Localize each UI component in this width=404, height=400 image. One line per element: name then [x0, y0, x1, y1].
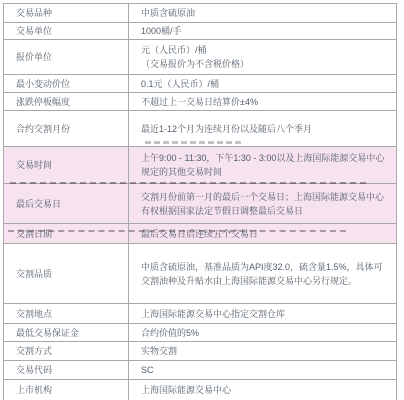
row-value: 中质含硫原油，基准品质为API度32.0，硫含量1.5%，具体可交割油种及升贴水… — [129, 244, 396, 303]
table-row: 最低交易保证金 合约价值的5% — [4, 324, 396, 342]
table-row-highlighted: 最后交易日 交割月份前第一月的最后一个交易日；上海国际能源交易中心有权根据国家法… — [4, 184, 396, 224]
row-value: 中质含硫原油 — [129, 4, 396, 22]
row-label: 合约交割月份 — [4, 111, 129, 146]
row-label: 最小变动价位 — [4, 75, 129, 92]
row-value: 上午9:00 - 11:30，下午1:30 - 3:00以及上海国际能源交易中心… — [129, 147, 396, 183]
table-row: 交割地点 上海国际能源交易中心指定交割仓库 — [4, 304, 396, 324]
table-row: 报价单位 元（人民币）/桶 （交易报价为不含税价格） — [4, 40, 396, 75]
row-label: 最低交易保证金 — [4, 324, 129, 341]
row-label: 报价单位 — [4, 40, 129, 74]
table-row: 最小变动价位 0.1元（人民币）/桶 — [4, 75, 396, 93]
table-row-highlighted: 交易时间 上午9:00 - 11:30，下午1:30 - 3:00以及上海国际能… — [4, 147, 396, 184]
row-value: SC — [129, 361, 396, 379]
row-value: 不超过上一交易日结算价±4% — [129, 93, 396, 110]
table-row: 上市机构 上海国际能源交易中心 — [4, 380, 396, 400]
table-row: 交易品种 中质含硫原油 — [4, 4, 396, 23]
row-label: 交割地点 — [4, 304, 129, 323]
row-label: 交割方式 — [4, 342, 129, 360]
row-value: 最后交易日后连续五个交易日 — [129, 224, 396, 243]
row-value: 最近1-12个月为连续月份以及随后八个季月 — [129, 111, 396, 146]
row-value: 1000桶/手 — [129, 23, 396, 39]
row-value: 上海国际能源交易中心 — [129, 380, 396, 400]
table-row: 涨跌停板幅度 不超过上一交易日结算价±4% — [4, 93, 396, 111]
row-value: 实物交割 — [129, 342, 396, 360]
table-row-highlighted: 交割日期 最后交易日后连续五个交易日 — [4, 224, 396, 244]
row-label: 交割日期 — [4, 224, 129, 243]
row-value: 合约价值的5% — [129, 324, 396, 341]
row-label: 交割品质 — [4, 244, 129, 303]
table-row: 交易代码 SC — [4, 361, 396, 380]
row-value: 上海国际能源交易中心指定交割仓库 — [129, 304, 396, 323]
table-row: 交易单位 1000桶/手 — [4, 23, 396, 40]
row-value: 元（人民币）/桶 （交易报价为不含税价格） — [129, 40, 396, 74]
row-label: 交易品种 — [4, 4, 129, 22]
table-row: 交割方式 实物交割 — [4, 342, 396, 361]
table-row: 合约交割月份 最近1-12个月为连续月份以及随后八个季月 — [4, 111, 396, 147]
row-label: 最后交易日 — [4, 184, 129, 223]
row-value: 交割月份前第一月的最后一个交易日；上海国际能源交易中心有权根据国家法定节假日调整… — [129, 184, 396, 223]
contract-spec-table: 交易品种 中质含硫原油 交易单位 1000桶/手 报价单位 元（人民币）/桶 （… — [3, 3, 397, 400]
row-label: 交易代码 — [4, 361, 129, 379]
row-label: 涨跌停板幅度 — [4, 93, 129, 110]
row-label: 上市机构 — [4, 380, 129, 400]
row-label: 交易单位 — [4, 23, 129, 39]
page: 交易品种 中质含硫原油 交易单位 1000桶/手 报价单位 元（人民币）/桶 （… — [0, 0, 404, 400]
table-row: 交割品质 中质含硫原油，基准品质为API度32.0，硫含量1.5%，具体可交割油… — [4, 244, 396, 304]
row-value: 0.1元（人民币）/桶 — [129, 75, 396, 92]
row-label: 交易时间 — [4, 147, 129, 183]
